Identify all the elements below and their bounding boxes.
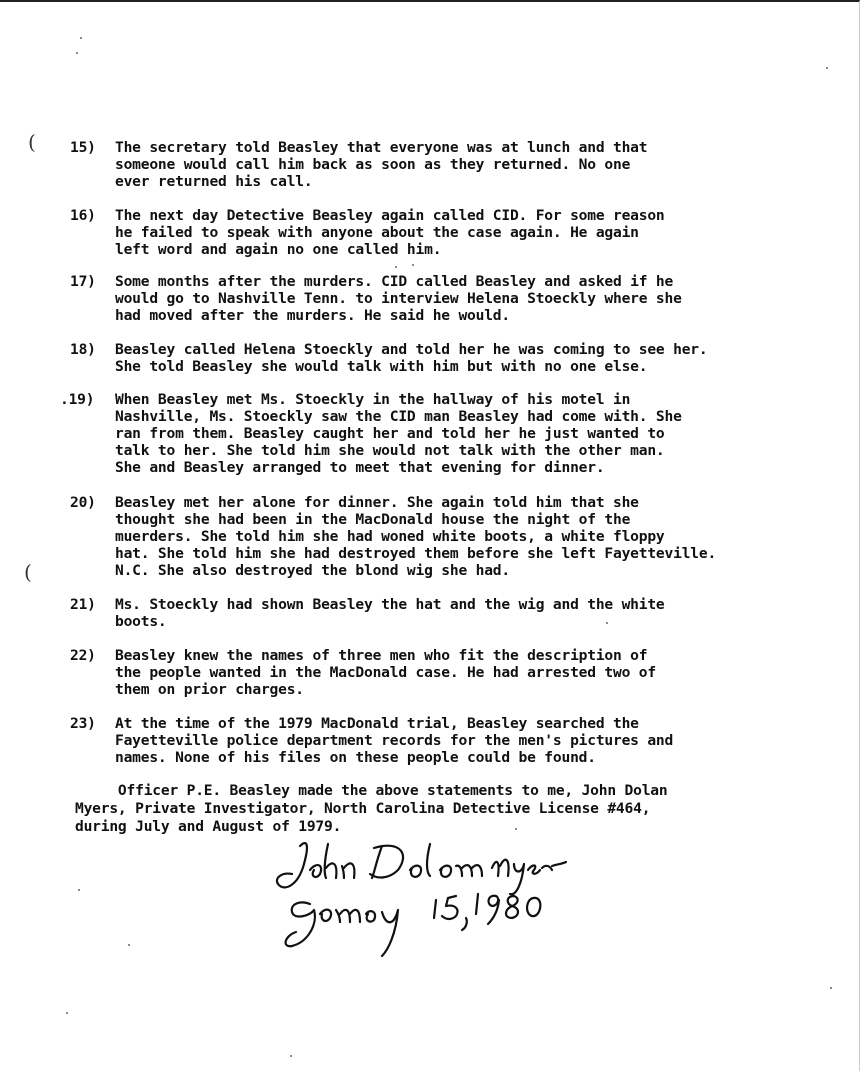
item-line: Ms. Stoeckly had shown Beasley the hat a… [115, 596, 850, 613]
closing-line: Officer P.E. Beasley made the above stat… [75, 782, 855, 800]
item-line: Beasley met her alone for dinner. She ag… [115, 494, 850, 511]
item-number: 22) [70, 647, 114, 664]
item-number: 16) [70, 207, 114, 224]
handwritten-signature: John Dolan Myers [270, 834, 570, 959]
item-line: Beasley knew the names of three men who … [115, 647, 850, 664]
item-line: would go to Nashville Tenn. to interview… [115, 290, 850, 307]
statement-item-19: .19) When Beasley met Ms. Stoeckly in th… [60, 391, 840, 476]
item-number: 21) [70, 596, 114, 613]
item-line: Beasley called Helena Stoeckly and told … [115, 341, 850, 358]
item-line: ever returned his call. [115, 173, 850, 190]
item-number: .19) [60, 391, 104, 408]
statement-item-16: 16) The next day Detective Beasley again… [70, 207, 850, 258]
item-line: muerders. She told him she had woned whi… [115, 528, 850, 545]
item-line: The next day Detective Beasley again cal… [115, 207, 850, 224]
item-line: Fayetteville police department records f… [115, 732, 850, 749]
closing-statement: Officer P.E. Beasley made the above stat… [75, 782, 855, 836]
statement-item-22: 22) Beasley knew the names of three men … [70, 647, 850, 698]
item-line: names. None of his files on these people… [115, 749, 850, 766]
item-line: When Beasley met Ms. Stoeckly in the hal… [115, 391, 840, 408]
item-line: Nashville, Ms. Stoeckly saw the CID man … [115, 408, 840, 425]
statement-item-18: 18) Beasley called Helena Stoeckly and t… [70, 341, 850, 375]
item-line: hat. She told him she had destroyed them… [115, 545, 850, 562]
item-line: he failed to speak with anyone about the… [115, 224, 850, 241]
item-number: 17) [70, 273, 114, 290]
document-page: ( ( 15) The secretary told Beasley that … [0, 0, 860, 1071]
item-line: left word and again no one called him. [115, 241, 850, 258]
item-line: had moved after the murders. He said he … [115, 307, 850, 324]
item-line: ran from them. Beasley caught her and to… [115, 425, 840, 442]
margin-mark: ( [24, 560, 32, 584]
item-line: thought she had been in the MacDonald ho… [115, 511, 850, 528]
statement-item-20: 20) Beasley met her alone for dinner. Sh… [70, 494, 850, 579]
item-line: someone would call him back as soon as t… [115, 156, 850, 173]
item-number: 23) [70, 715, 114, 732]
item-line: talk to her. She told him she would not … [115, 442, 840, 459]
statement-item-15: 15) The secretary told Beasley that ever… [70, 139, 850, 190]
item-number: 15) [70, 139, 114, 156]
item-line: She and Beasley arranged to meet that ev… [115, 459, 840, 476]
item-line: She told Beasley she would talk with him… [115, 358, 850, 375]
statement-item-21: 21) Ms. Stoeckly had shown Beasley the h… [70, 596, 850, 630]
item-line: N.C. She also destroyed the blond wig sh… [115, 562, 850, 579]
item-line: them on prior charges. [115, 681, 850, 698]
statement-item-23: 23) At the time of the 1979 MacDonald tr… [70, 715, 850, 766]
item-number: 18) [70, 341, 114, 358]
item-number: 20) [70, 494, 114, 511]
item-line: Some months after the murders. CID calle… [115, 273, 850, 290]
margin-mark: ( [28, 130, 36, 154]
closing-line: Myers, Private Investigator, North Carol… [75, 800, 855, 818]
item-line: The secretary told Beasley that everyone… [115, 139, 850, 156]
item-line: the people wanted in the MacDonald case.… [115, 664, 850, 681]
item-line: At the time of the 1979 MacDonald trial,… [115, 715, 850, 732]
item-line: boots. [115, 613, 850, 630]
statement-item-17: 17) Some months after the murders. CID c… [70, 273, 850, 324]
